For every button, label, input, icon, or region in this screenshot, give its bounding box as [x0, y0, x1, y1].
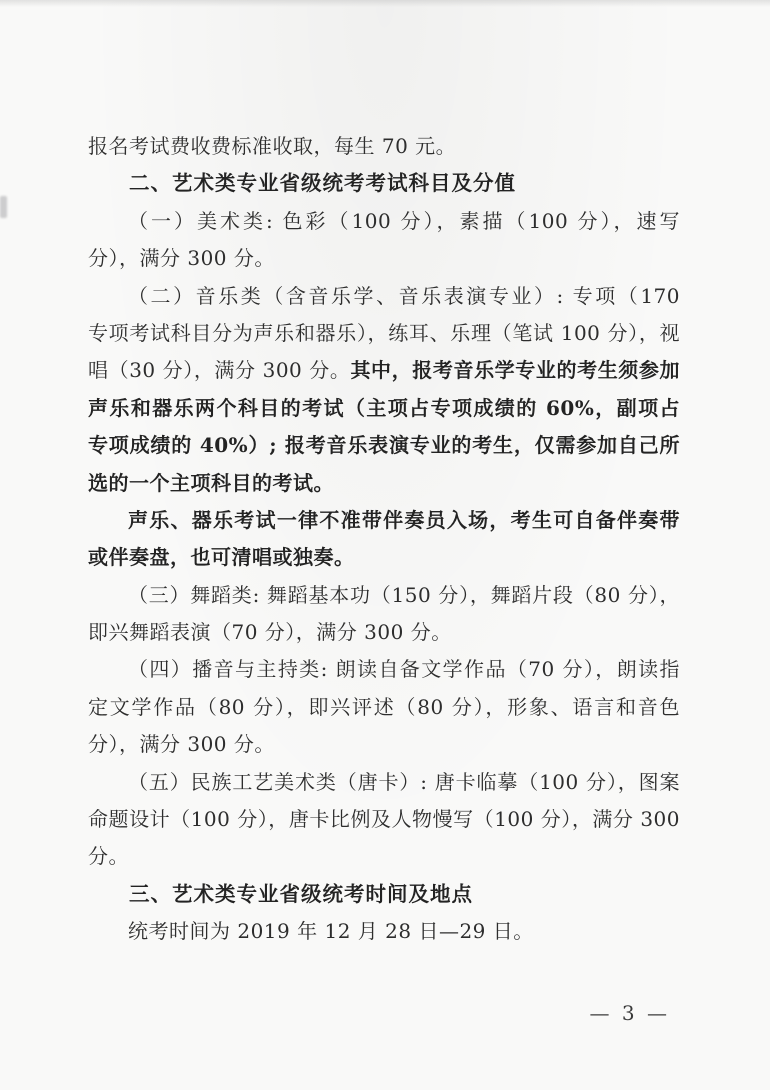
text-line: 命题设计（100 分），唐卡比例及人物慢写（100 分），满分 300: [88, 801, 680, 838]
text-run: 分），满分 300 分。: [88, 246, 275, 270]
scan-edge-artifact: [0, 0, 770, 7]
text-line: （三）舞蹈类: 舞蹈基本功（150 分），舞蹈片段（80 分），: [88, 577, 680, 614]
text-run: （三）舞蹈类: 舞蹈基本功（150 分），舞蹈片段（80 分），: [128, 583, 680, 607]
text-run: 专项成绩的 40%）; 报考音乐表演专业的考生，仅需参加自己所: [88, 433, 680, 457]
text-line: 声乐、器乐考试一律不准带伴奏员入场，考生可自备伴奏带: [88, 502, 680, 539]
text-run: 报名考试费收费标准收取，每生 70 元。: [88, 134, 456, 158]
text-line: （二）音乐类（含音乐学、音乐表演专业）: 专项（170 分，: [88, 278, 680, 315]
scan-smudge-artifact: [0, 196, 7, 218]
text-run: 或伴奏盘，也可清唱或独奏。: [88, 545, 355, 569]
text-line: （五）民族工艺美术类（唐卡）: 唐卡临摹（100 分），图案: [88, 764, 680, 801]
text-line: （四）播音与主持类: 朗读自备文学作品（70 分），朗读指: [88, 651, 680, 688]
text-line: 分），满分 300 分。: [88, 726, 680, 763]
text-run: （五）民族工艺美术类（唐卡）: 唐卡临摹（100 分），图案: [128, 770, 680, 794]
text-line: 定文学作品（80 分），即兴评述（80 分），形象、语言和音色（70: [88, 689, 680, 726]
text-run: 分。: [88, 844, 129, 868]
page-number: — 3 —: [590, 1001, 670, 1025]
text-line: 报名考试费收费标准收取，每生 70 元。: [88, 128, 680, 165]
document-text-block: 报名考试费收费标准收取，每生 70 元。二、艺术类专业省级统考考试科目及分值（一…: [88, 128, 680, 951]
text-run: 专项考试科目分为声乐和器乐），练耳、乐理（笔试 100 分），视: [88, 321, 680, 345]
text-run: 命题设计（100 分），唐卡比例及人物慢写（100 分），满分 300: [88, 807, 680, 831]
text-line: 统考时间为 2019 年 12 月 28 日—29 日。: [88, 913, 680, 950]
scanned-document-page: 报名考试费收费标准收取，每生 70 元。二、艺术类专业省级统考考试科目及分值（一…: [0, 0, 770, 1090]
text-run: 其中，报考音乐学专业的考生须参加: [350, 358, 680, 382]
text-line: 专项成绩的 40%）; 报考音乐表演专业的考生，仅需参加自己所: [88, 427, 680, 464]
section-heading: 三、艺术类专业省级统考时间及地点: [88, 876, 680, 913]
text-line: （一）美术类: 色彩（100 分），素描（100 分），速写（100: [88, 203, 680, 240]
text-line: 分。: [88, 838, 680, 875]
text-run: 二、艺术类专业省级统考考试科目及分值: [129, 171, 516, 195]
text-run: 声乐、器乐考试一律不准带伴奏员入场，考生可自备伴奏带: [128, 508, 680, 532]
text-run: 选的一个主项科目的考试。: [88, 471, 334, 495]
text-run: 分），满分 300 分。: [88, 732, 275, 756]
text-run: 定文学作品（80 分），即兴评述（80 分），形象、语言和音色（70: [88, 695, 680, 726]
text-line: 即兴舞蹈表演（70 分），满分 300 分。: [88, 614, 680, 651]
text-run: （四）播音与主持类: 朗读自备文学作品（70 分），朗读指: [128, 657, 680, 681]
text-line: 选的一个主项科目的考试。: [88, 465, 680, 502]
text-line: 唱（30 分），满分 300 分。其中，报考音乐学专业的考生须参加: [88, 352, 680, 389]
text-line: 声乐和器乐两个科目的考试（主项占专项成绩的 60%，副项占: [88, 390, 680, 427]
text-line: 分），满分 300 分。: [88, 240, 680, 277]
text-line: 专项考试科目分为声乐和器乐），练耳、乐理（笔试 100 分），视: [88, 315, 680, 352]
text-run: （二）音乐类（含音乐学、音乐表演专业）: 专项（170 分，: [88, 284, 680, 315]
text-run: 唱（30 分），满分 300 分。: [88, 358, 350, 382]
text-run: 声乐和器乐两个科目的考试（主项占专项成绩的 60%，副项占: [88, 396, 680, 420]
text-run: （一）美术类: 色彩（100 分），素描（100 分），速写（100: [88, 209, 680, 240]
text-run: 统考时间为 2019 年 12 月 28 日—29 日。: [128, 919, 534, 943]
text-run: 即兴舞蹈表演（70 分），满分 300 分。: [88, 620, 452, 644]
text-line: 或伴奏盘，也可清唱或独奏。: [88, 539, 680, 576]
text-run: 三、艺术类专业省级统考时间及地点: [129, 882, 473, 906]
section-heading: 二、艺术类专业省级统考考试科目及分值: [88, 165, 680, 202]
